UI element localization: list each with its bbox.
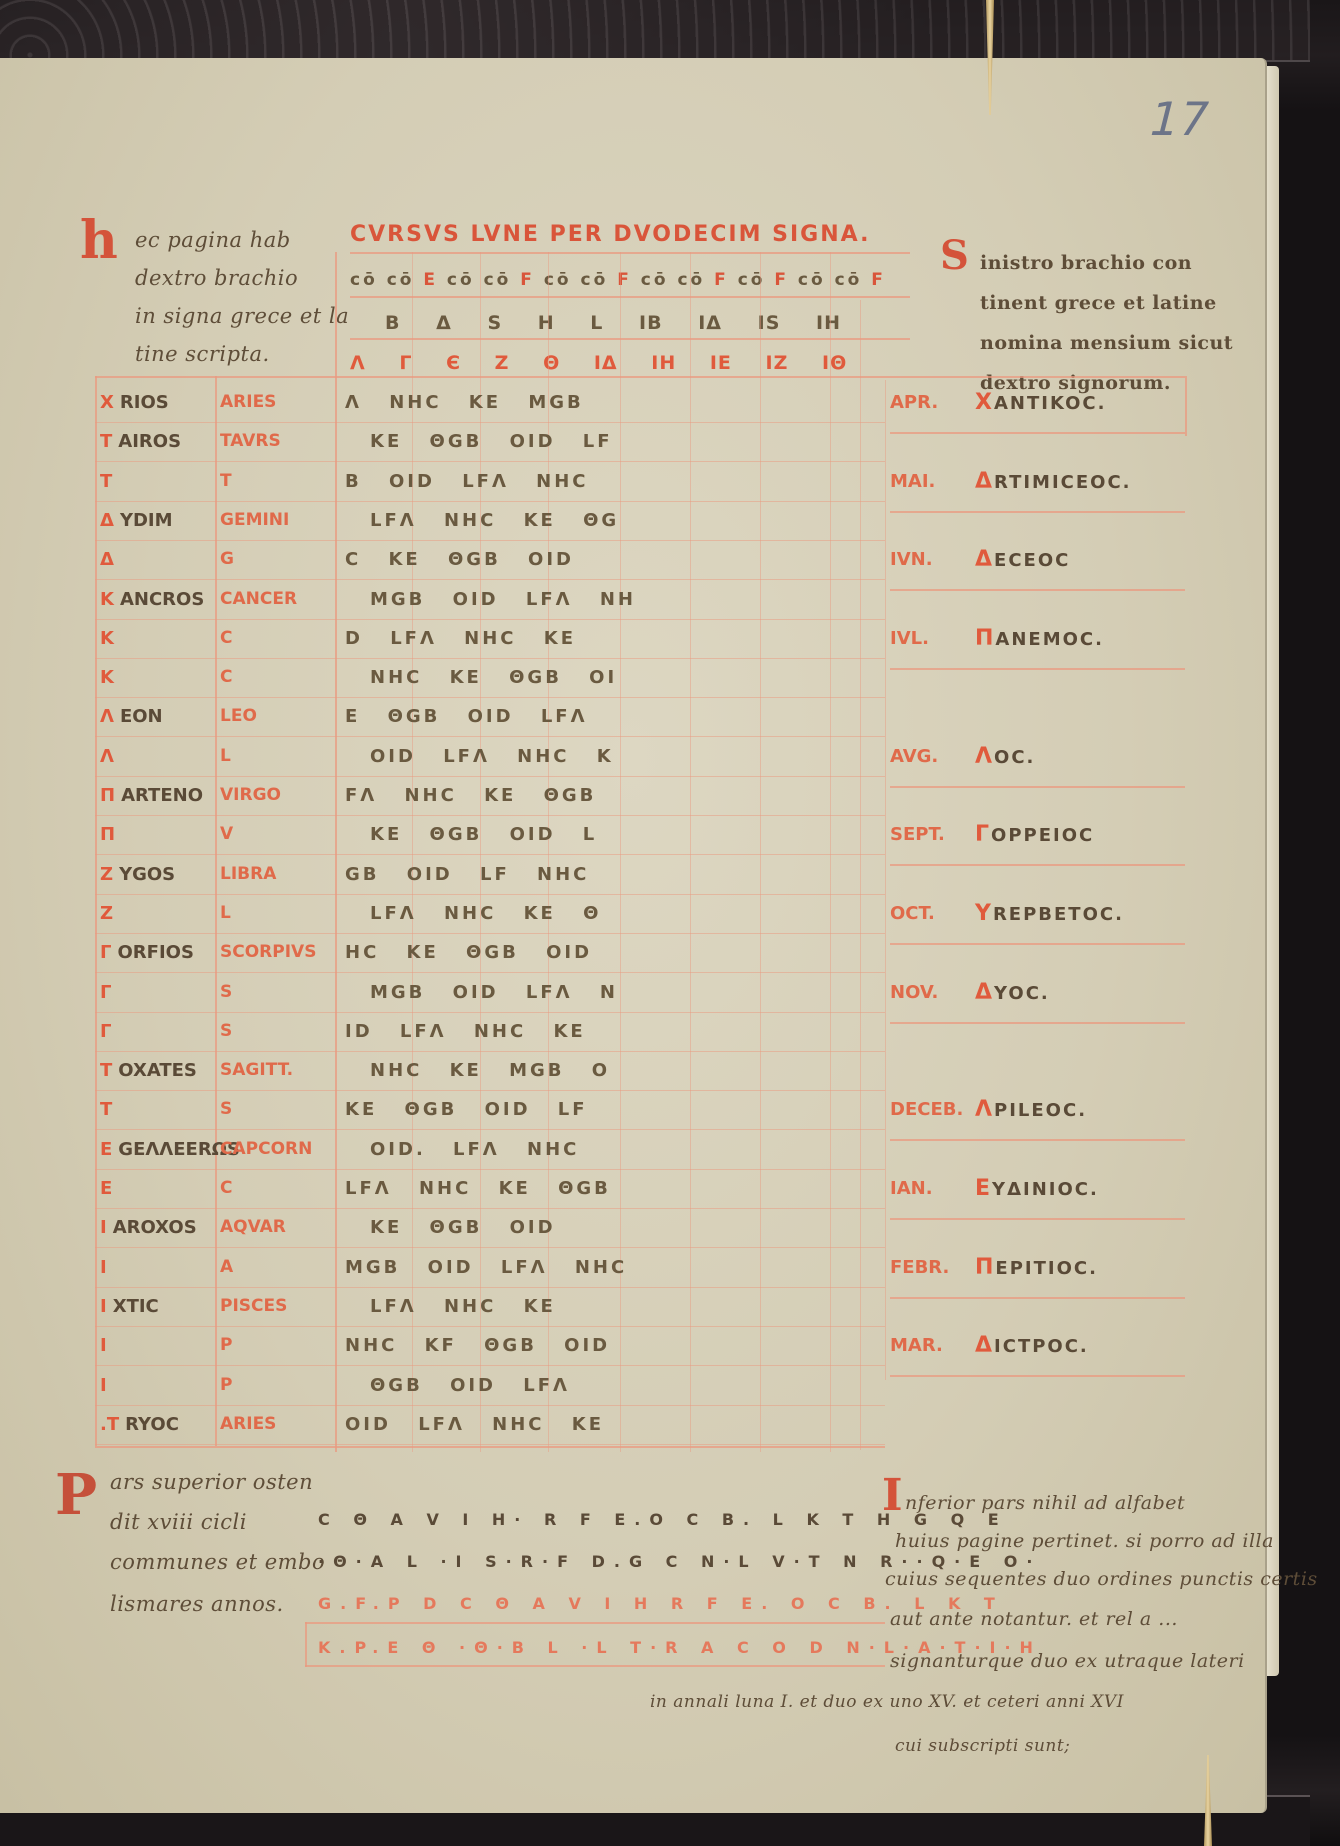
- greek-initial: I: [100, 1217, 107, 1238]
- greek-month-text: YΔINIOC.: [992, 1179, 1099, 1200]
- lunar-cells: GB OID LF NHC: [345, 864, 589, 885]
- greek-initial: E: [100, 1178, 112, 1199]
- rubric-line: lismares annos.: [110, 1592, 284, 1616]
- greek-initial: Δ: [100, 510, 114, 531]
- row-rule: [95, 854, 885, 855]
- greek-month-initial: Δ: [975, 469, 994, 494]
- greek-month-name: YREPBETOC.: [975, 901, 1124, 926]
- greek-initial: I: [100, 1296, 107, 1317]
- month-rule: [890, 432, 1185, 434]
- row-rule: [95, 1169, 885, 1170]
- month-abbrev: OCT.: [890, 903, 935, 924]
- latin-sign-name: LIBRA: [220, 864, 276, 884]
- greek-month-text: OPPEIOC: [991, 825, 1094, 846]
- greek-month-name: ΓOPPEIOC: [975, 822, 1094, 847]
- latin-sign-name: L: [220, 903, 231, 923]
- greek-month-name: ΛPILEOC.: [975, 1097, 1087, 1122]
- lunar-cells: LFΛ NHC KE ΘGB: [345, 1178, 611, 1199]
- greek-initial: Δ: [100, 549, 114, 570]
- greek-month-text: YOC.: [994, 983, 1050, 1004]
- greek-sign-name: ΠARTENO: [100, 785, 203, 806]
- greek-sign-name: Γ: [100, 982, 117, 1003]
- month-rule: [890, 1139, 1185, 1141]
- row-rule: [95, 619, 885, 620]
- greek-month-text: ICTPOC.: [994, 1336, 1089, 1357]
- greek-month-initial: Γ: [975, 822, 991, 847]
- greek-name: EON: [120, 706, 163, 727]
- greek-initial: Π: [100, 824, 115, 845]
- numeral-row: B Δ S H L IB IΔ IS IH: [385, 312, 841, 334]
- row-rule: [95, 776, 885, 777]
- greek-initial: Γ: [100, 982, 111, 1003]
- lunar-cells: Λ NHC KE MGB: [345, 392, 584, 413]
- latin-sign-name: AQVAR: [220, 1217, 286, 1237]
- greek-month-initial: Y: [975, 901, 993, 926]
- latin-sign-name: CAPCORN: [220, 1139, 312, 1159]
- rubric-line: communes et embo: [110, 1550, 325, 1574]
- lunar-cells: NHC KF ΘGB OID: [345, 1335, 610, 1356]
- greek-initial: Π: [100, 785, 115, 806]
- row-rule: [95, 1012, 885, 1013]
- row-rule: [95, 1247, 885, 1248]
- row-rule: [95, 697, 885, 698]
- rubric-line: huius pagine pertinet. si porro ad illa: [895, 1530, 1274, 1552]
- greek-sign-name: TAIROS: [100, 431, 181, 452]
- row-rule: [95, 658, 885, 659]
- greek-sign-name: ΔYDIM: [100, 510, 173, 531]
- greek-sign-name: I: [100, 1335, 113, 1356]
- greek-sign-name: I: [100, 1257, 113, 1278]
- greek-sign-name: Γ: [100, 1021, 117, 1042]
- greek-month-initial: Δ: [975, 1333, 994, 1358]
- greek-initial: K: [100, 667, 114, 688]
- page-edge: [1265, 66, 1279, 1676]
- greek-name: AROXOS: [113, 1217, 197, 1238]
- greek-month-initial: Λ: [975, 744, 994, 769]
- page-title: CVRSVS LVNE PER DVODECIM SIGNA.: [350, 222, 870, 247]
- rubric-line: in signa grece et la: [135, 304, 349, 328]
- greek-month-initial: Π: [975, 1255, 995, 1280]
- month-rule: [890, 786, 1185, 788]
- cycle-box-line: [305, 1665, 885, 1667]
- greek-month-initial: Π: [975, 626, 995, 651]
- latin-sign-name: G: [220, 549, 234, 569]
- rubric-initial-h: h: [80, 210, 118, 271]
- greek-month-text: ECEOC: [994, 550, 1070, 571]
- rubric-line: tine scripta.: [135, 342, 270, 366]
- row-rule: [95, 540, 885, 541]
- lunar-cells: E ΘGB OID LFΛ: [345, 706, 588, 727]
- greek-month-name: ΔECEOC: [975, 547, 1070, 572]
- month-rule: [890, 943, 1185, 945]
- greek-month-name: ΠANEMOC.: [975, 626, 1104, 651]
- greek-sign-name: K: [100, 667, 120, 688]
- greek-sign-name: Z: [100, 903, 119, 924]
- greek-sign-name: .TRYOC: [100, 1414, 179, 1435]
- greek-sign-name: IAROXOS: [100, 1217, 197, 1238]
- row-rule: [95, 1090, 885, 1091]
- row-rule: [95, 1287, 885, 1288]
- lunar-cells: D LFΛ NHC KE: [345, 628, 576, 649]
- greek-month-text: ANEMOC.: [995, 629, 1104, 650]
- greek-sign-name: I: [100, 1375, 113, 1396]
- row-rule: [95, 1444, 885, 1445]
- lunar-cells: LFΛ NHC KE ΘG: [370, 510, 619, 531]
- greek-month-name: XANTIKOC.: [975, 390, 1106, 415]
- greek-name: YGOS: [119, 864, 175, 885]
- greek-sign-name: ΓORFIOS: [100, 942, 194, 963]
- com-row: cō cō E cō cō F cō cō F cō cō F cō F cō …: [350, 270, 886, 290]
- month-rule: [890, 1218, 1185, 1220]
- greek-sign-name: Δ: [100, 549, 120, 570]
- rubric-initial-p: P: [55, 1462, 97, 1528]
- lunar-cells: B OID LFΛ NHC: [345, 471, 589, 492]
- greek-month-text: RTIMICEOC.: [994, 472, 1132, 493]
- month-abbrev: NOV.: [890, 982, 938, 1003]
- latin-sign-name: CANCER: [220, 589, 297, 609]
- greek-sign-name: XRIOS: [100, 392, 169, 413]
- greek-month-name: ΛOC.: [975, 744, 1035, 769]
- latin-sign-name: P: [220, 1375, 232, 1395]
- latin-sign-name: P: [220, 1335, 232, 1355]
- greek-month-text: EPITIOC.: [995, 1258, 1098, 1279]
- lunar-cells: KE ΘGB OID: [370, 1217, 556, 1238]
- latin-sign-name: L: [220, 746, 231, 766]
- greek-initial: .T: [100, 1414, 119, 1435]
- latin-sign-name: SAGITT.: [220, 1060, 293, 1080]
- lunar-cells: LFΛ NHC KE Θ: [370, 903, 601, 924]
- greek-sign-name: ΛEON: [100, 706, 163, 727]
- greek-initial: I: [100, 1335, 107, 1356]
- greek-initial: K: [100, 589, 114, 610]
- latin-sign-name: S: [220, 982, 232, 1002]
- lunar-cells: OID LFΛ NHC KE: [345, 1414, 604, 1435]
- greek-name: AIROS: [118, 431, 181, 452]
- lunar-cells: C KE ΘGB OID: [345, 549, 574, 570]
- month-rule: [890, 589, 1185, 591]
- greek-initial: T: [100, 1060, 112, 1081]
- greek-month-initial: Δ: [975, 980, 994, 1005]
- rubric-line: ec pagina hab: [135, 228, 291, 252]
- month-abbrev: IVL.: [890, 628, 929, 649]
- month-abbrev: FEBR.: [890, 1257, 949, 1278]
- lunar-cells: FΛ NHC KE ΘGB: [345, 785, 596, 806]
- greek-name: RYOC: [125, 1414, 179, 1435]
- month-rule: [890, 1022, 1185, 1024]
- greek-numeral-row: Λ Γ Є Z Θ IΔ IH IE IZ IΘ: [350, 352, 847, 374]
- greek-month-initial: E: [975, 1176, 992, 1201]
- greek-initial: T: [100, 1099, 112, 1120]
- month-rule: [890, 1297, 1185, 1299]
- month-rule: [890, 668, 1185, 670]
- row-rule: [95, 422, 885, 423]
- rubric-line: nomina mensium sicut: [980, 332, 1233, 354]
- greek-sign-name: K: [100, 628, 120, 649]
- row-rule: [95, 1365, 885, 1366]
- rubric-line: cuius sequentes duo ordines punctis cert…: [885, 1568, 1318, 1590]
- rubric-line: tinent grece et latine: [980, 292, 1217, 314]
- greek-month-name: ΔICTPOC.: [975, 1333, 1089, 1358]
- lunar-cells: HC KE ΘGB OID: [345, 942, 592, 963]
- month-abbrev: DECEB.: [890, 1099, 963, 1120]
- lunar-cells: LFΛ NHC KE: [370, 1296, 556, 1317]
- latin-sign-name: T: [220, 471, 232, 491]
- lunar-cells: OID LFΛ NHC K: [370, 746, 614, 767]
- greek-month-text: PILEOC.: [994, 1100, 1087, 1121]
- month-abbrev: IVN.: [890, 549, 933, 570]
- lunar-cells: NHC KE ΘGB OI: [370, 667, 617, 688]
- row-rule: [95, 1051, 885, 1052]
- greek-sign-name: T: [100, 1099, 118, 1120]
- greek-month-initial: Λ: [975, 1097, 994, 1122]
- cycle-box-line: [305, 1622, 307, 1667]
- lunar-cells: ΘGB OID LFΛ: [370, 1375, 570, 1396]
- greek-initial: K: [100, 628, 114, 649]
- greek-initial: Λ: [100, 746, 114, 767]
- row-rule: [95, 736, 885, 737]
- lunar-cells: KE ΘGB OID LF: [370, 431, 613, 452]
- latin-sign-name: LEO: [220, 706, 257, 726]
- rubric-line: dit xviii cicli: [110, 1510, 247, 1534]
- month-abbrev: IAN.: [890, 1178, 933, 1199]
- greek-initial: Γ: [100, 942, 111, 963]
- greek-month-text: OC.: [994, 747, 1035, 768]
- month-abbrev: SEPT.: [890, 824, 945, 845]
- greek-name: RIOS: [120, 392, 169, 413]
- row-rule: [95, 1405, 885, 1406]
- latin-sign-name: GEMINI: [220, 510, 289, 530]
- rubric-initial-i: I: [882, 1470, 903, 1521]
- greek-month-name: ΠEPITIOC.: [975, 1255, 1098, 1280]
- lunar-cells: MGB OID LFΛ N: [370, 982, 618, 1003]
- greek-initial: X: [100, 392, 114, 413]
- month-rule: [890, 511, 1185, 513]
- greek-sign-name: Π: [100, 824, 121, 845]
- greek-name: YDIM: [120, 510, 173, 531]
- greek-month-name: ΔYOC.: [975, 980, 1050, 1005]
- rubric-line: dextro brachio: [135, 266, 298, 290]
- latin-sign-name: ARIES: [220, 1414, 276, 1434]
- latin-sign-name: S: [220, 1099, 232, 1119]
- latin-sign-name: V: [220, 824, 233, 844]
- rubric-line: inistro brachio con: [980, 252, 1192, 274]
- greek-name: ARTENO: [121, 785, 203, 806]
- month-abbrev: AVG.: [890, 746, 938, 767]
- binding-tooled-border: [0, 0, 1310, 62]
- greek-sign-name: T: [100, 471, 118, 492]
- greek-initial: I: [100, 1257, 107, 1278]
- greek-name: XTIC: [113, 1296, 159, 1317]
- rubric-initial-s: S: [940, 232, 969, 279]
- row-rule: [95, 933, 885, 934]
- month-abbrev: APR.: [890, 392, 938, 413]
- cycle-box-line: [305, 1622, 885, 1624]
- lunar-cells: ID LFΛ NHC KE: [345, 1021, 586, 1042]
- row-rule: [95, 1326, 885, 1327]
- row-rule: [95, 894, 885, 895]
- month-rule: [890, 1375, 1185, 1377]
- greek-name: ORFIOS: [117, 942, 193, 963]
- greek-sign-name: Λ: [100, 746, 120, 767]
- greek-month-name: ΔRTIMICEOC.: [975, 469, 1132, 494]
- row-rule: [95, 1208, 885, 1209]
- lunar-cells: KE ΘGB OID L: [370, 824, 597, 845]
- greek-month-text: REPBETOC.: [993, 904, 1124, 925]
- greek-initial: T: [100, 471, 112, 492]
- latin-sign-name: SCORPIVS: [220, 942, 316, 962]
- rubric-line: cui subscripti sunt;: [895, 1736, 1070, 1756]
- greek-sign-name: IXTIC: [100, 1296, 159, 1317]
- greek-month-initial: Δ: [975, 547, 994, 572]
- row-rule: [95, 815, 885, 816]
- latin-sign-name: S: [220, 1021, 232, 1041]
- row-rule: [95, 501, 885, 502]
- greek-initial: E: [100, 1139, 112, 1160]
- greek-month-initial: X: [975, 390, 994, 415]
- greek-initial: T: [100, 431, 112, 452]
- row-rule: [95, 461, 885, 462]
- row-rule: [95, 1129, 885, 1130]
- greek-initial: I: [100, 1375, 107, 1396]
- greek-month-text: ANTIKOC.: [994, 393, 1106, 414]
- greek-initial: Λ: [100, 706, 114, 727]
- greek-sign-name: ZYGOS: [100, 864, 175, 885]
- latin-sign-name: C: [220, 628, 232, 648]
- greek-initial: Z: [100, 903, 113, 924]
- month-rule: [890, 864, 1185, 866]
- greek-sign-name: KANCROS: [100, 589, 204, 610]
- rubric-line: in annali luna I. et duo ex uno XV. et c…: [650, 1692, 1124, 1712]
- latin-sign-name: C: [220, 1178, 232, 1198]
- rubric-line: signanturque duo ex utraque lateri: [890, 1650, 1245, 1672]
- latin-sign-name: PISCES: [220, 1296, 287, 1316]
- lunar-cells: OID. LFΛ NHC: [370, 1139, 579, 1160]
- latin-sign-name: VIRGO: [220, 785, 281, 805]
- greek-sign-name: EGEΛΛEERΩS: [100, 1139, 240, 1160]
- greek-name: OXATES: [118, 1060, 197, 1081]
- latin-sign-name: ARIES: [220, 392, 276, 412]
- greek-sign-name: TOXATES: [100, 1060, 197, 1081]
- greek-name: ANCROS: [120, 589, 204, 610]
- row-rule: [95, 972, 885, 973]
- greek-initial: Γ: [100, 1021, 111, 1042]
- lunar-cells: MGB OID LFΛ NH: [370, 589, 636, 610]
- lunar-cells: NHC KE MGB O: [370, 1060, 610, 1081]
- rubric-line: ars superior osten: [110, 1470, 313, 1494]
- latin-sign-name: C: [220, 667, 232, 687]
- rubric-line: nferior pars nihil ad alfabet: [905, 1492, 1185, 1514]
- latin-sign-name: A: [220, 1257, 233, 1277]
- row-rule: [95, 579, 885, 580]
- month-abbrev: MAR.: [890, 1335, 943, 1356]
- greek-month-name: EYΔINIOC.: [975, 1176, 1099, 1201]
- month-abbrev: MAI.: [890, 471, 935, 492]
- lunar-cells: MGB OID LFΛ NHC: [345, 1257, 627, 1278]
- rubric-line: aut ante notantur. et rel a ...: [890, 1608, 1178, 1630]
- greek-sign-name: E: [100, 1178, 118, 1199]
- greek-initial: Z: [100, 864, 113, 885]
- lunar-cells: KE ΘGB OID LF: [345, 1099, 588, 1120]
- latin-sign-name: TAVRS: [220, 431, 281, 451]
